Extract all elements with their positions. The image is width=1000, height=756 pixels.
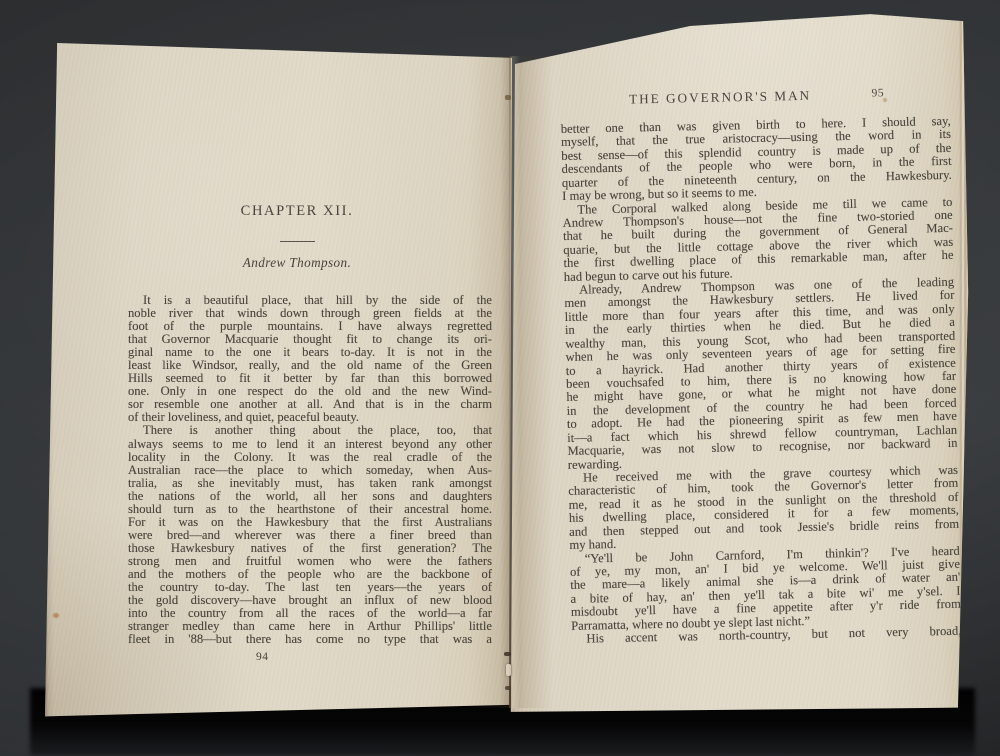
paragraph: Already, Andrew Thompson was one of the … — [564, 276, 958, 472]
text-line: There is another thing about the place, … — [128, 424, 492, 437]
text-line: those Hawkesbury natives of the first ge… — [128, 542, 492, 555]
running-header-title: THE GOVERNOR'S MAN — [560, 86, 880, 109]
right-page-number: 95 — [871, 87, 884, 99]
text-line: always seems to me to lend it an interes… — [128, 438, 492, 451]
left-page-text-block: CHAPTER XII. Andrew Thompson. It is a be… — [128, 203, 492, 646]
left-page-body: It is a beautiful place, that hill by th… — [128, 294, 492, 646]
paragraph: There is another thing about the place, … — [128, 424, 492, 646]
section-heading: Andrew Thompson. — [128, 255, 492, 271]
text-line: locality in the Colony. It was the real … — [128, 451, 492, 464]
text-line: fleet in '88—but there has come no type … — [128, 633, 492, 646]
right-page: THE GOVERNOR'S MAN 95 better one than wa… — [508, 12, 970, 714]
text-line: should turn as to the hearthstone of the… — [128, 503, 492, 516]
right-page-body: better one than was given birth to here.… — [561, 115, 962, 647]
text-line: tralia, as she inevitably must, has take… — [128, 477, 492, 490]
text-line: For it was on the Hawkesbury that the fi… — [128, 516, 492, 529]
chapter-heading: CHAPTER XII. — [128, 203, 492, 220]
paragraph: better one than was given birth to here.… — [561, 115, 953, 204]
paragraph: It is a beautiful place, that hill by th… — [128, 294, 492, 424]
paragraph: “Ye'll be John Carnford, I'm thinkin'? I… — [570, 544, 962, 633]
left-page-number: 94 — [256, 651, 269, 663]
desk-background: CHAPTER XII. Andrew Thompson. It is a be… — [0, 0, 1000, 756]
text-line: the nations of the world, all her sons a… — [128, 490, 492, 503]
right-page-text-block: THE GOVERNOR'S MAN 95 better one than wa… — [560, 85, 962, 646]
left-page: CHAPTER XII. Andrew Thompson. It is a be… — [45, 43, 512, 717]
paragraph: He received me with the grave courtesy w… — [568, 464, 960, 553]
paragraph: The Corporal walked along beside me till… — [562, 195, 954, 284]
section-divider — [280, 241, 315, 242]
text-line: Australian race—the place to which somed… — [128, 464, 492, 477]
text-line: were bred—and wherever was there a finer… — [128, 529, 492, 542]
